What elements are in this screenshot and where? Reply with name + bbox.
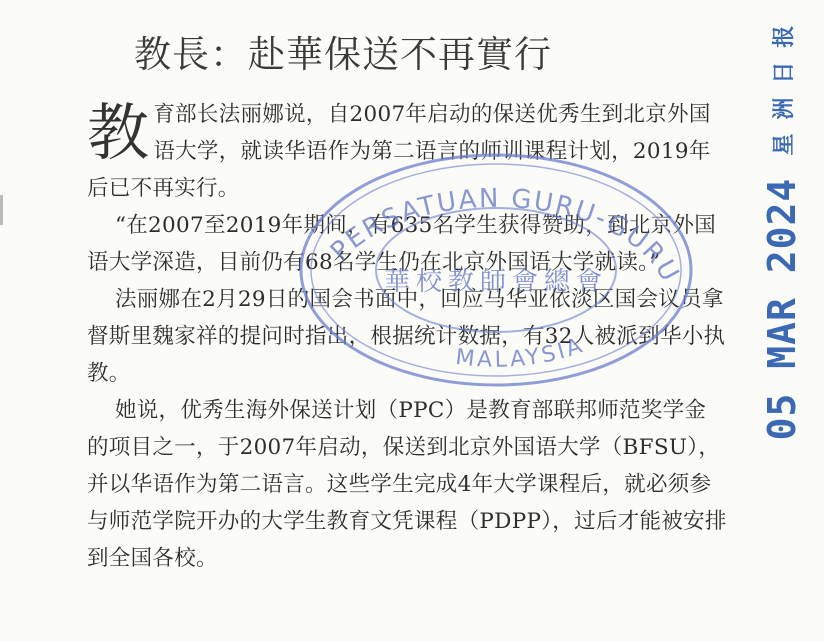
- newspaper-clipping: 教長：赴華保送不再實行 教育部长法丽娜说，自2007年启动的保送优秀生到北京外国…: [0, 0, 824, 641]
- article-paragraph-4: 她说，优秀生海外保送计划（PPC）是教育部联邦师范奖学金的项目之一，于2007年…: [87, 392, 727, 577]
- article-paragraph-1: 教育部长法丽娜说，自2007年启动的保送优秀生到北京外国语大学，就读华语作为第二…: [87, 96, 727, 207]
- clipping-edge-mark: [0, 195, 3, 225]
- stamp-date: 05 MAR 2024: [760, 178, 804, 441]
- stamp-publication: 星洲日报: [767, 12, 798, 156]
- article-paragraph-3: 法丽娜在2月29日的国会书面中，回应马华亚依淡区国会议员拿督斯里魏家祥的提问时指…: [87, 281, 727, 392]
- headline: 教長：赴華保送不再實行: [134, 24, 654, 78]
- article-body: 教育部长法丽娜说，自2007年启动的保送优秀生到北京外国语大学，就读华语作为第二…: [87, 96, 727, 577]
- drop-cap: 教: [87, 102, 149, 164]
- article-paragraph-2: “在2007至2019年期间，有635名学生获得赞助，到北京外国语大学深造，目前…: [87, 207, 727, 281]
- date-stamp: 05 MAR 2024 星洲日报: [752, 6, 812, 446]
- paragraph-text: 育部长法丽娜说，自2007年启动的保送优秀生到北京外国语大学，就读华语作为第二语…: [87, 102, 711, 201]
